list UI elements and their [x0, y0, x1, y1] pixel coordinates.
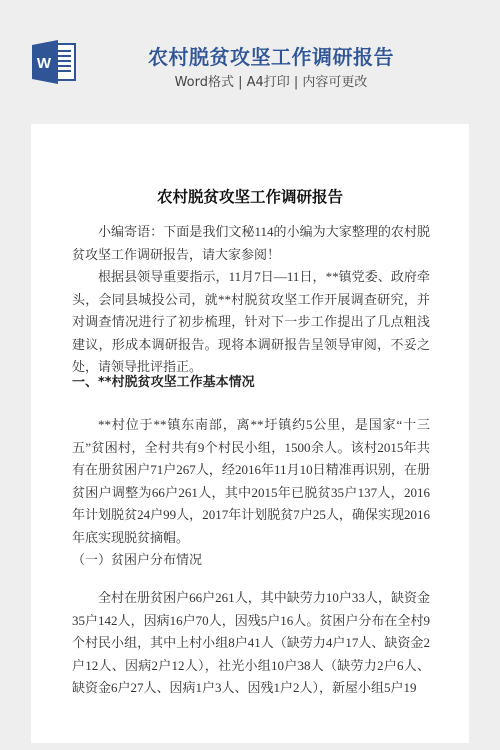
subsection-heading: （一）贫困户分布情况 [72, 550, 430, 570]
subsection-paragraph: 全村在册贫困户66户261人，其中缺劳力10户33人，缺资金35户142人，因病… [72, 587, 430, 700]
document-page-preview: 农村脱贫攻坚工作调研报告 小编寄语：下面是我们文秘114的小编为大家整理的农村脱… [31, 124, 469, 743]
section-body: **村位于**镇东南部，离**圩镇约5公里，是国家“十三五”贫困村，全村共有9个… [72, 414, 430, 549]
section-paragraph: **村位于**镇东南部，离**圩镇约5公里，是国家“十三五”贫困村，全村共有9个… [72, 414, 430, 549]
header-title: 农村脱贫攻坚工作调研报告 [0, 44, 500, 70]
section-heading: 一、**村脱贫攻坚工作基本情况 [72, 373, 430, 393]
intro-paragraph: 小编寄语：下面是我们文秘114的小编为大家整理的农村脱贫攻坚工作调研报告，请大家… [72, 221, 430, 266]
intro-paragraph: 根据县领导重要指示，11月7日—11日，**镇党委、政府牵头，会同县城投公司，就… [72, 266, 430, 379]
header-subtitle: Word格式 | A4打印 | 内容可更改 [0, 74, 500, 92]
document-title: 农村脱贫攻坚工作调研报告 [31, 186, 469, 208]
header: W 农村脱贫攻坚工作调研报告 Word格式 | A4打印 | 内容可更改 [0, 0, 500, 124]
intro-section: 小编寄语：下面是我们文秘114的小编为大家整理的农村脱贫攻坚工作调研报告，请大家… [72, 221, 430, 379]
subsection-body: 全村在册贫困户66户261人，其中缺劳力10户33人，缺资金35户142人，因病… [72, 587, 430, 700]
